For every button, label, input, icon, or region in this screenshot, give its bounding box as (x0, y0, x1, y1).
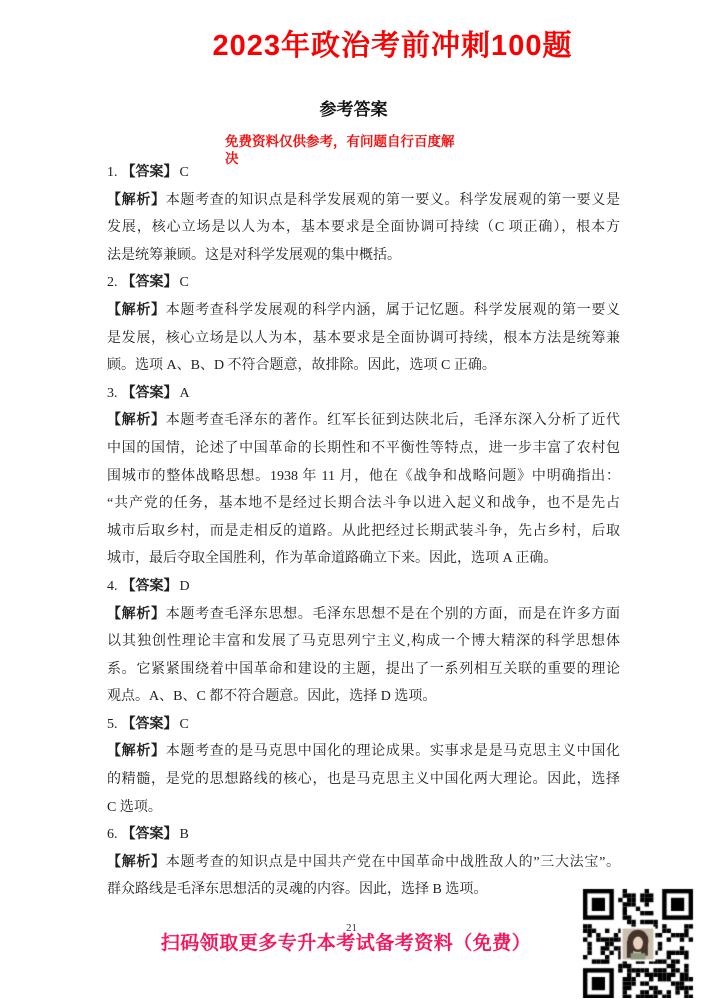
answer-line: 5.【答案】C (107, 711, 620, 739)
analysis-paragraph: 【解析】本题考查的知识点是科学发展观的第一要义。科学发展观的第一要义是发展，核心… (107, 187, 620, 270)
answer-line: 3.【答案】A (107, 380, 620, 408)
answer-number: 5. (107, 717, 118, 732)
analysis-line: 以其独创性理论丰富和发展了马克思列宁主义,构成一个博大精深的科学思想体 (107, 628, 620, 656)
answer-number: 1. (107, 165, 118, 180)
answers-list: 1.【答案】C【解析】本题考查的知识点是科学发展观的第一要义。科学发展观的第一要… (107, 159, 620, 904)
analysis-line: 发展，核心立场是以人为本，基本要求是全面协调可持续（C 项正确），根本方 (107, 214, 620, 242)
analysis-label: 【解析】 (107, 193, 166, 208)
analysis-paragraph: 【解析】本题考查科学发展观的科学内涵，属于记忆题。科学发展观的第一要义是发展，核… (107, 297, 620, 380)
analysis-line: 【解析】本题考查的知识点是科学发展观的第一要义。科学发展观的第一要义是 (107, 187, 620, 215)
analysis-line: 顾。选项 A、B、D 不符合题意，故排除。因此，选项 C 正确。 (107, 352, 620, 380)
qr-code-icon (580, 886, 700, 998)
analysis-line: 系。它紧紧围绕着中国革命和建设的主题，提出了一系列相互关联的重要的理论 (107, 656, 620, 684)
answer-label: 【答案】 (122, 827, 178, 842)
answer-item: 1.【答案】C【解析】本题考查的知识点是科学发展观的第一要义。科学发展观的第一要… (107, 159, 620, 269)
answer-letter: A (180, 386, 190, 401)
analysis-label: 【解析】 (107, 607, 166, 622)
analysis-paragraph: 【解析】本题考查毛泽东思想。毛泽东思想不是在个别的方面，而是在许多方面以其独创性… (107, 601, 620, 711)
analysis-line: 【解析】本题考查的知识点是中国共产党在中国革命中战胜敌人的”三大法宝”。 (107, 849, 620, 877)
answer-item: 2.【答案】C【解析】本题考查科学发展观的科学内涵，属于记忆题。科学发展观的第一… (107, 269, 620, 379)
answer-letter: C (180, 275, 189, 290)
analysis-line: 中国的国情，论述了中国革命的长期性和不平衡性等特点，进一步丰富了农村包 (107, 435, 620, 463)
answer-label: 【答案】 (122, 275, 178, 290)
analysis-paragraph: 【解析】本题考查的知识点是中国共产党在中国革命中战胜敌人的”三大法宝”。群众路线… (107, 849, 620, 904)
analysis-line: 是发展，核心立场是以人为本，基本要求是全面协调可持续，根本方法是统筹兼 (107, 325, 620, 353)
analysis-paragraph: 【解析】本题考查的是马克思中国化的理论成果。实事求是是马克思主义中国化的精髓，是… (107, 738, 620, 821)
analysis-line: 【解析】本题考查的是马克思中国化的理论成果。实事求是是马克思主义中国化 (107, 738, 620, 766)
analysis-line: 【解析】本题考查科学发展观的科学内涵，属于记忆题。科学发展观的第一要义 (107, 297, 620, 325)
answer-item: 4.【答案】D【解析】本题考查毛泽东思想。毛泽东思想不是在个别的方面，而是在许多… (107, 573, 620, 711)
analysis-line: 群众路线是毛泽东思想活的灵魂的内容。因此，选择 B 选项。 (107, 876, 620, 904)
analysis-line: 【解析】本题考查毛泽东的著作。红军长征到达陕北后，毛泽东深入分析了近代 (107, 407, 620, 435)
answer-letter: D (180, 579, 190, 594)
analysis-line: 观点。A、B、C 都不符合题意。因此，选择 D 选项。 (107, 683, 620, 711)
document-page: 2023年政治考前冲刺100题 参考答案 免费资料仅供参考，有问题自行百度解决 … (0, 0, 707, 999)
answer-line: 4.【答案】D (107, 573, 620, 601)
answer-label: 【答案】 (122, 165, 178, 180)
answer-letter: C (180, 717, 189, 732)
answer-number: 4. (107, 579, 118, 594)
analysis-line: 【解析】本题考查毛泽东思想。毛泽东思想不是在个别的方面，而是在许多方面 (107, 601, 620, 629)
analysis-label: 【解析】 (107, 855, 166, 870)
analysis-label: 【解析】 (107, 303, 166, 318)
analysis-line: 的精髓，是党的思想路线的核心，也是马克思主义中国化两大理论。因此，选择 (107, 766, 620, 794)
answer-item: 5.【答案】C【解析】本题考查的是马克思中国化的理论成果。实事求是是马克思主义中… (107, 711, 620, 821)
analysis-label: 【解析】 (107, 413, 166, 428)
answer-item: 3.【答案】A【解析】本题考查毛泽东的著作。红军长征到达陕北后，毛泽东深入分析了… (107, 380, 620, 573)
section-title: 参考答案 (0, 100, 707, 120)
answer-number: 2. (107, 275, 118, 290)
analysis-line: C 选项。 (107, 794, 620, 822)
analysis-line: 围城市的整体战略思想。1938 年 11 月，他在《战争和战略问题》中明确指出： (107, 463, 620, 491)
analysis-line: 城市，最后夺取全国胜利，作为革命道路确立下来。因此，选项 A 正确。 (107, 545, 620, 573)
document-title: 2023年政治考前冲刺100题 (39, 30, 707, 62)
analysis-line: “共产党的任务，基本地不是经过长期合法斗争以进入起义和战争，也不是先占 (107, 490, 620, 518)
answer-letter: B (180, 827, 189, 842)
answer-letter: C (180, 165, 189, 180)
answer-line: 2.【答案】C (107, 269, 620, 297)
analysis-line: 城市后取乡村，而是走相反的道路。从此把经过长期武装斗争，先占乡村，后取 (107, 518, 620, 546)
answer-line: 6.【答案】B (107, 821, 620, 849)
answer-label: 【答案】 (122, 717, 178, 732)
analysis-paragraph: 【解析】本题考查毛泽东的著作。红军长征到达陕北后，毛泽东深入分析了近代中国的国情… (107, 407, 620, 573)
answer-line: 1.【答案】C (107, 159, 620, 187)
answer-item: 6.【答案】B【解析】本题考查的知识点是中国共产党在中国革命中战胜敌人的”三大法… (107, 821, 620, 904)
analysis-label: 【解析】 (107, 744, 166, 759)
answer-number: 3. (107, 386, 118, 401)
answer-label: 【答案】 (122, 386, 178, 401)
answer-label: 【答案】 (122, 579, 178, 594)
analysis-line: 法是统筹兼顾。这是对科学发展观的集中概括。 (107, 242, 620, 270)
answer-number: 6. (107, 827, 118, 842)
